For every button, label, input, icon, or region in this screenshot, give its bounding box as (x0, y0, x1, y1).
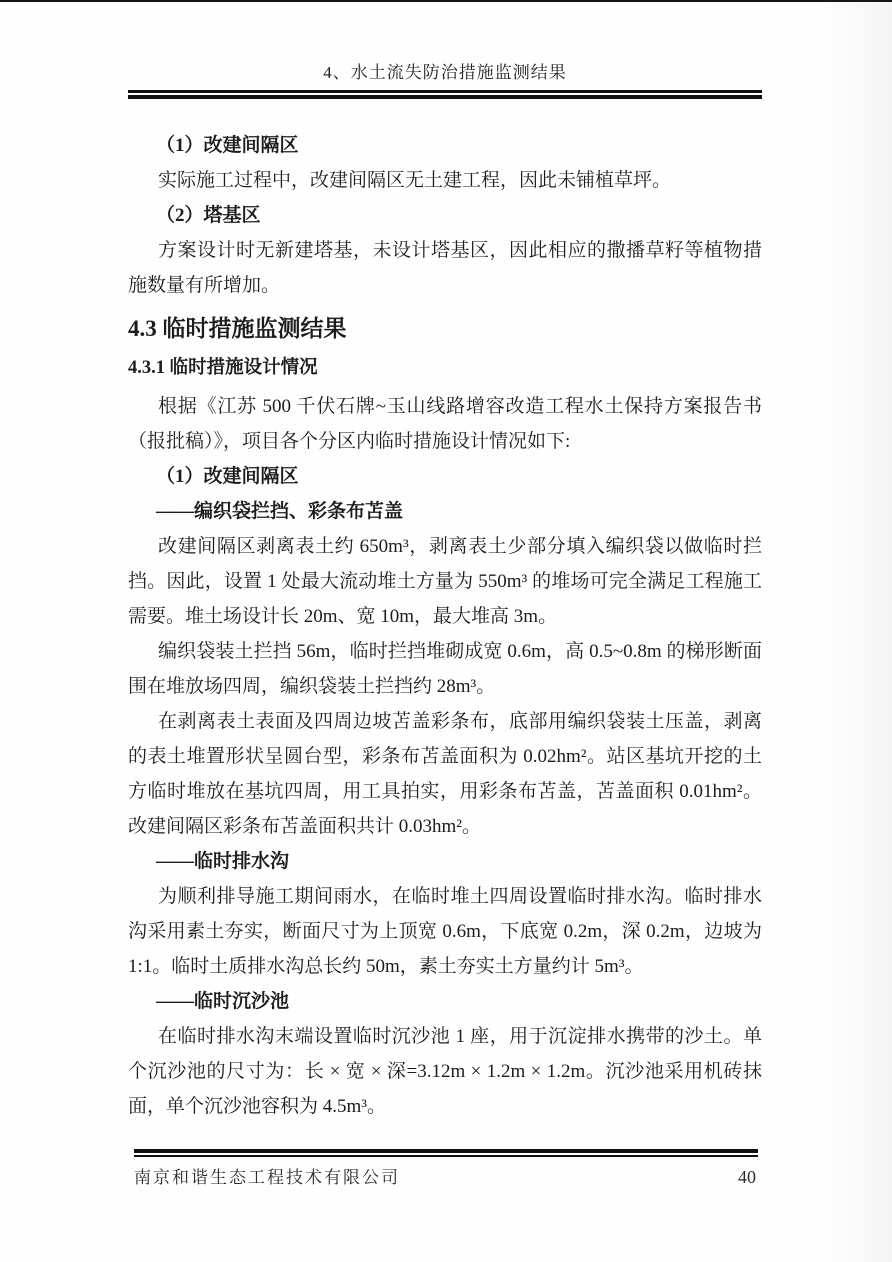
body-paragraph: 编织袋装土拦挡 56m，临时拦挡堆砌成宽 0.6m，高 0.5~0.8m 的梯形… (128, 634, 762, 704)
page-number: 40 (738, 1167, 758, 1188)
body-paragraph: 在临时排水沟末端设置临时沉沙池 1 座，用于沉淀排水携带的沙土。单个沉沙池的尺寸… (128, 1019, 762, 1124)
body-paragraph: 改建间隔区剥离表土约 650m³，剥离表土少部分填入编织袋以做临时拦挡。因此，设… (128, 529, 762, 634)
body-paragraph: 方案设计时无新建塔基，未设计塔基区，因此相应的撒播草籽等植物措施数量有所增加。 (128, 233, 762, 303)
dash-subheading-sandbag-cover: ——编织袋拦挡、彩条布苫盖 (128, 494, 762, 529)
clause-heading-1-interval-zone: （1）改建间隔区 (128, 128, 762, 163)
document-page: 4、水土流失防治措施监测结果 （1）改建间隔区 实际施工过程中，改建间隔区无土建… (0, 0, 892, 1262)
dash-subheading-temp-drainage-ditch: ——临时排水沟 (128, 844, 762, 879)
footer-double-rule (134, 1149, 758, 1157)
footer-row: 南京和谐生态工程技术有限公司 40 (134, 1163, 758, 1188)
section-heading-4-3: 4.3 临时措施监测结果 (128, 313, 762, 345)
scan-edge-artifact (0, 0, 892, 2)
body-paragraph: 实际施工过程中，改建间隔区无土建工程，因此未铺植草坪。 (128, 163, 762, 198)
clause-heading-2-tower-base-zone: （2）塔基区 (128, 198, 762, 233)
clause-heading-1-interval-zone-temp: （1）改建间隔区 (128, 459, 762, 494)
header-double-rule (128, 90, 762, 99)
running-header-title: 4、水土流失防治措施监测结果 (128, 58, 762, 83)
subsection-heading-4-3-1: 4.3.1 临时措施设计情况 (128, 353, 762, 383)
body-paragraph: 根据《江苏 500 千伏石牌~玉山线路增容改造工程水土保持方案报告书（报批稿）》… (128, 389, 762, 459)
dash-subheading-temp-sediment-basin: ——临时沉沙池 (128, 984, 762, 1019)
body-paragraph: 为顺利排导施工期间雨水，在临时堆土四周设置临时排水沟。临时排水沟采用素土夯实，断… (128, 879, 762, 984)
document-body: （1）改建间隔区 实际施工过程中，改建间隔区无土建工程，因此未铺植草坪。 （2）… (128, 128, 762, 1124)
body-paragraph: 在剥离表土表面及四周边坡苫盖彩条布，底部用编织袋装土压盖，剥离的表土堆置形状呈圆… (128, 704, 762, 844)
footer-company-name: 南京和谐生态工程技术有限公司 (134, 1163, 400, 1188)
page-footer: 南京和谐生态工程技术有限公司 40 (134, 1149, 758, 1188)
page-header: 4、水土流失防治措施监测结果 (128, 58, 762, 99)
